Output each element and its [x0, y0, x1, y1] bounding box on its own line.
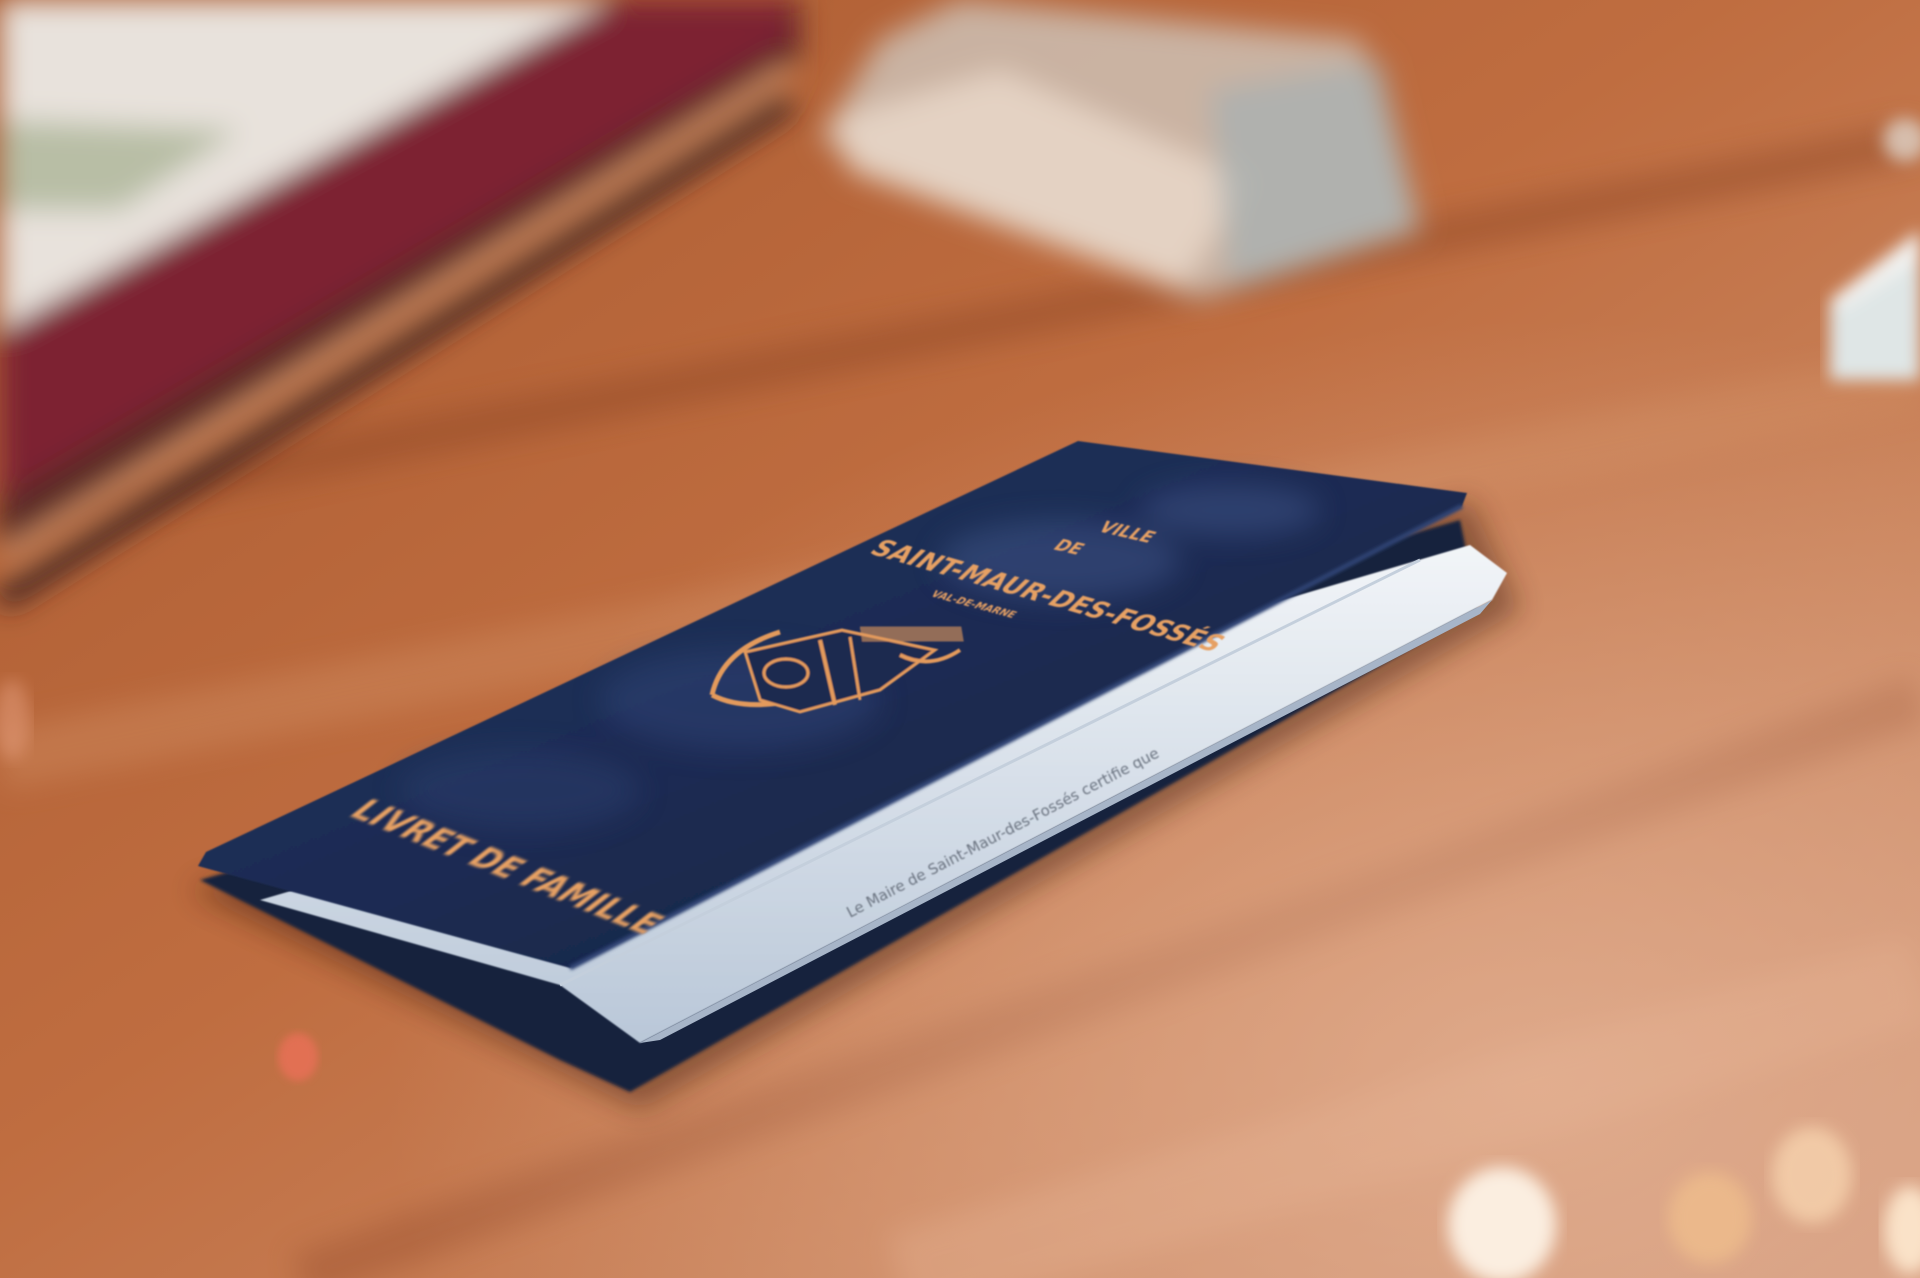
photo-scene: VILLE DE SAINT-MAUR-DES-FOSSÉS VAL-DE-MA… [0, 0, 1920, 1278]
